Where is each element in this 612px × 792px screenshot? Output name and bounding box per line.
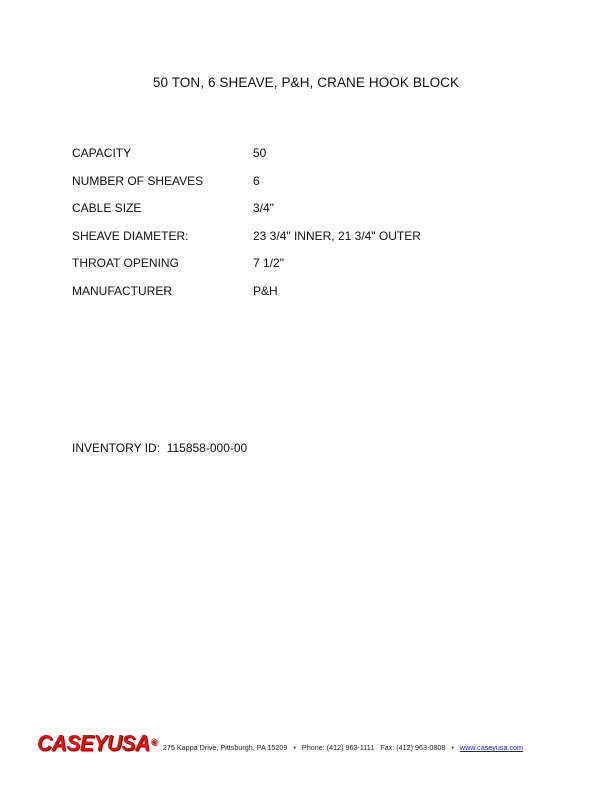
spec-label: CABLE SIZE: [72, 201, 253, 229]
bullet-separator-icon: •: [293, 743, 296, 752]
spec-value: P&H: [253, 284, 278, 312]
spec-label: SHEAVE DIAMETER:: [72, 229, 253, 257]
inventory-id: INVENTORY ID: 115858-000-00: [72, 441, 247, 455]
spec-row-manufacturer: MANUFACTURER P&H: [72, 284, 421, 312]
logo-text: CASEYUSA: [37, 731, 150, 755]
spec-value: 23 3/4" INNER, 21 3/4" OUTER: [253, 229, 421, 257]
contact-line: 275 Kappa Drive, Pittsburgh, PA 15209 • …: [163, 743, 523, 752]
inventory-value: 115858-000-00: [167, 441, 248, 455]
footer: CASEYUSA® 275 Kappa Drive, Pittsburgh, P…: [37, 733, 523, 755]
spec-row-cable-size: CABLE SIZE 3/4": [72, 201, 421, 229]
spec-row-throat-opening: THROAT OPENING 7 1/2": [72, 256, 421, 284]
document-title: 50 TON, 6 SHEAVE, P&H, CRANE HOOK BLOCK: [0, 75, 612, 90]
spec-label: MANUFACTURER: [72, 284, 253, 312]
address: 275 Kappa Drive, Pittsburgh, PA 15209: [163, 743, 288, 752]
spec-value: 7 1/2": [253, 256, 284, 284]
spec-row-sheave-diameter: SHEAVE DIAMETER: 23 3/4" INNER, 21 3/4" …: [72, 229, 421, 257]
spec-row-capacity: CAPACITY 50: [72, 146, 421, 174]
inventory-label: INVENTORY ID:: [72, 441, 160, 455]
spec-row-number-of-sheaves: NUMBER OF SHEAVES 6: [72, 174, 421, 202]
spec-label: CAPACITY: [72, 146, 253, 174]
website-link[interactable]: www.caseyusa.com: [460, 743, 523, 752]
bullet-separator-icon: •: [451, 743, 454, 752]
spec-label: THROAT OPENING: [72, 256, 253, 284]
company-logo: CASEYUSA®: [37, 732, 157, 755]
registered-mark-icon: ®: [151, 737, 157, 748]
spec-value: 6: [253, 174, 260, 202]
spec-table: CAPACITY 50 NUMBER OF SHEAVES 6 CABLE SI…: [72, 146, 421, 312]
spec-value: 3/4": [253, 201, 274, 229]
spec-value: 50: [253, 146, 266, 174]
phone: Phone: (412) 963-1111: [302, 743, 374, 752]
fax: Fax: (412) 963-0808: [380, 743, 445, 752]
spec-label: NUMBER OF SHEAVES: [72, 174, 253, 202]
